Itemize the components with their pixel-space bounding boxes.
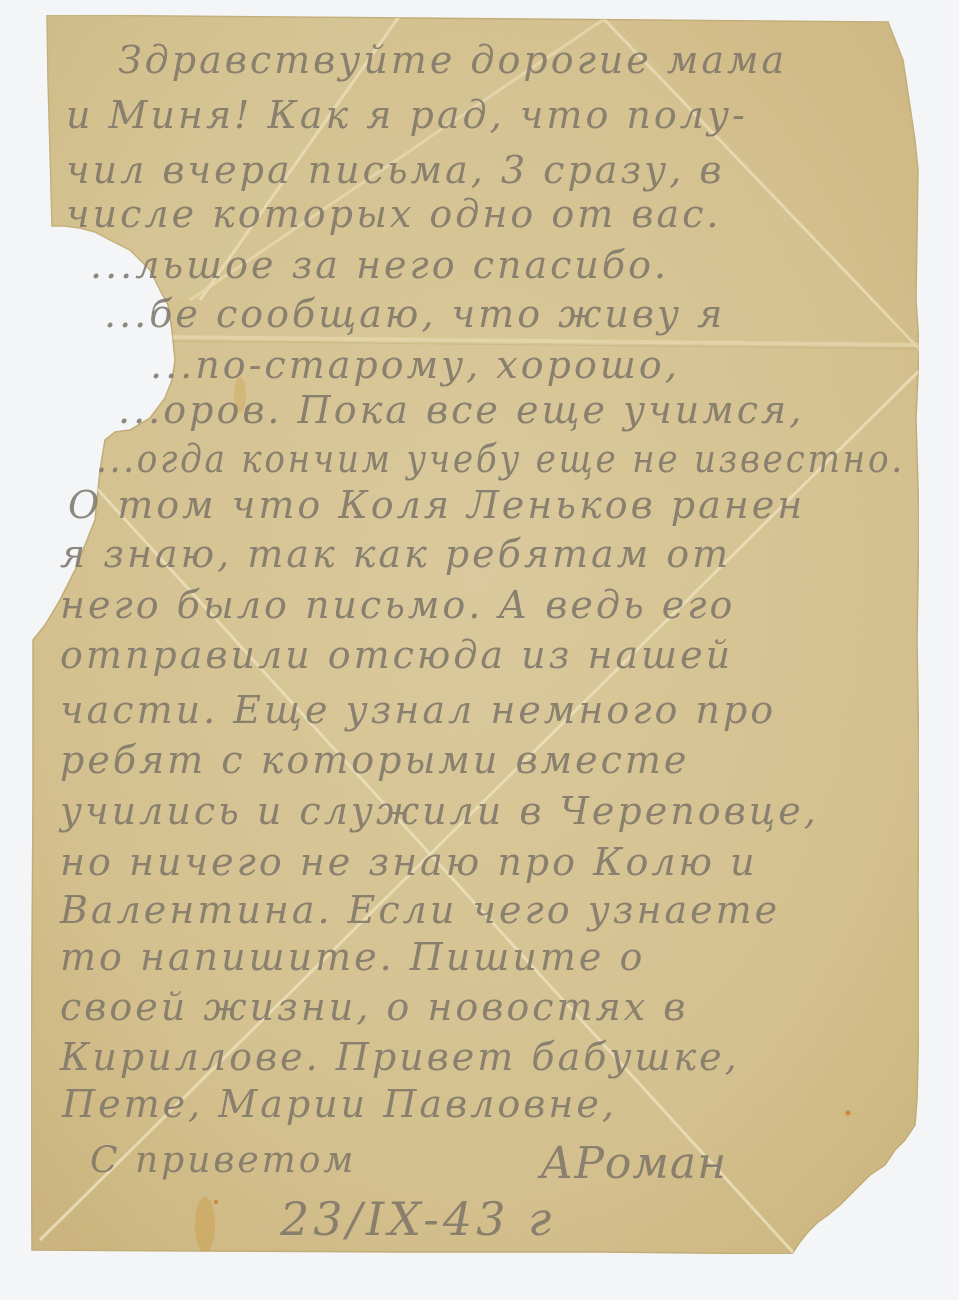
scanned-letter: Здравствуйте дорогие мама и Миня! Как я … [0,0,959,1300]
paper-sheet [0,0,959,1300]
